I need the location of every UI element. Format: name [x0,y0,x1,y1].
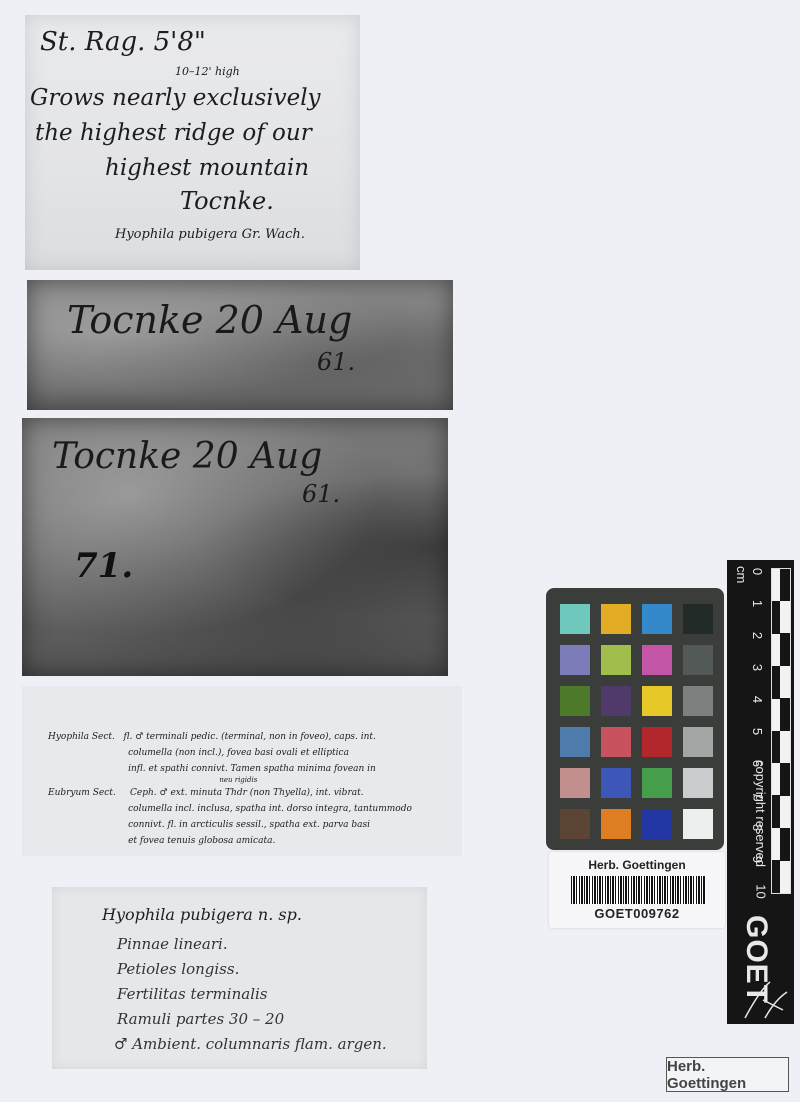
barcode-id: GOET009762 [549,906,725,921]
herbarium-name: Herb. Goettingen [549,858,725,872]
ruler-unit: cm [734,566,749,583]
color-swatch [560,604,590,634]
color-swatch [601,604,631,634]
label-line: highest mountain [105,155,309,181]
label-line: Petioles longiss. [117,960,239,978]
desc-line: Hyophila Sect. fl. ♂ terminali pedic. (t… [48,732,376,742]
color-swatch [683,686,713,716]
herbarium-stamp: Herb. Goettingen [666,1057,789,1092]
color-swatch [601,809,631,839]
color-swatch [560,686,590,716]
color-swatch [683,604,713,634]
color-swatch [601,645,631,675]
desc-line: Eubryum Sect. Ceph. ♂ ext. minuta Thdr (… [48,788,364,798]
ruler-segment [780,861,790,893]
ruler-tick-label: 9 [750,856,765,863]
label-line: Pinnae lineari. [117,935,228,953]
color-checker-card [546,588,724,850]
ruler-segment [772,634,780,666]
desc-line: columella incl. inclusa, spatha int. dor… [48,804,412,814]
ruler-scale-bar [771,568,791,894]
desc-line: connivt. fl. in arcticulis sessil., spat… [48,820,370,830]
handwritten-label-top: St. Rag. 5'8" 10–12' high Grows nearly e… [25,15,360,270]
ruler-segment [772,699,780,731]
color-swatch [683,768,713,798]
year: 61. [302,480,340,508]
ruler-tick-label: 0 [750,568,765,575]
color-swatch [683,727,713,757]
ruler-tick-label: 8 [750,824,765,831]
specimen-number: 71. [74,546,133,586]
ruler-tick-label: 4 [750,696,765,703]
copyright-text: copyright reserved [753,760,768,867]
color-swatch [601,727,631,757]
handwritten-description: Hyophila Sect. fl. ♂ terminali pedic. (t… [22,686,462,856]
color-swatch [560,645,590,675]
barcode [571,876,706,904]
locality-date: Tocnke 20 Aug [67,298,352,342]
desc-line: infl. et spathi connivt. Tamen spatha mi… [48,764,376,774]
color-swatch [642,768,672,798]
label-line: Hyophila pubigera Gr. Wach. [115,227,305,242]
ruler-segment [780,666,790,698]
ruler-tick-label: 7 [750,792,765,799]
ruler-segment [772,569,780,601]
label-line: Tocnke. [180,187,274,215]
color-swatch [560,727,590,757]
color-swatch [601,686,631,716]
year: 61. [317,348,355,376]
label-line: Fertilitas terminalis [117,985,267,1003]
label-line: Grows nearly exclusively [30,85,321,111]
ruler-tick-label: 5 [750,728,765,735]
locality-date: Tocnke 20 Aug [52,436,322,477]
color-swatch [642,645,672,675]
color-swatch [642,686,672,716]
goet-signature-icon [735,980,790,1020]
ruler-tick-label: 2 [750,632,765,639]
ruler-tick-label: 10 [754,884,769,898]
desc-line: et fovea tenuis globosa amicata. [48,836,275,846]
color-swatch [560,809,590,839]
handwritten-label-bottom: Hyophila pubigera n. sp. Pinnae lineari.… [52,887,427,1069]
color-swatch [601,768,631,798]
desc-line: neu rigidis [48,776,257,784]
desc-line: columella (non incl.), fovea basi ovali … [48,748,349,758]
ruler-segment [780,731,790,763]
color-swatch [642,727,672,757]
label-line: the highest ridge of our [35,120,312,146]
scale-ruler: cm copyright reserved GOET 012345678910 [727,560,794,1024]
color-swatch [683,645,713,675]
ruler-tick-label: 6 [750,760,765,767]
label-line: St. Rag. 5'8" [40,27,206,57]
color-swatch [560,768,590,798]
handwritten-label-locality-1: Tocnke 20 Aug 61. [27,280,453,410]
handwritten-label-locality-2: Tocnke 20 Aug 61. 71. [22,418,448,676]
label-line: Hyophila pubigera n. sp. [102,905,302,924]
label-line: Ramuli partes 30 – 20 [117,1010,284,1028]
color-swatch [683,809,713,839]
color-swatch [642,809,672,839]
ruler-segment [780,601,790,633]
barcode-label: Herb. Goettingen GOET009762 [549,852,725,928]
color-swatch [642,604,672,634]
ruler-segment [772,828,780,860]
label-line: 10–12' high [175,65,240,78]
ruler-segment [780,796,790,828]
ruler-tick-label: 1 [750,600,765,607]
label-line: ♂ Ambient. columnaris flam. argen. [114,1035,387,1053]
ruler-tick-label: 3 [750,664,765,671]
ruler-segment [772,763,780,795]
